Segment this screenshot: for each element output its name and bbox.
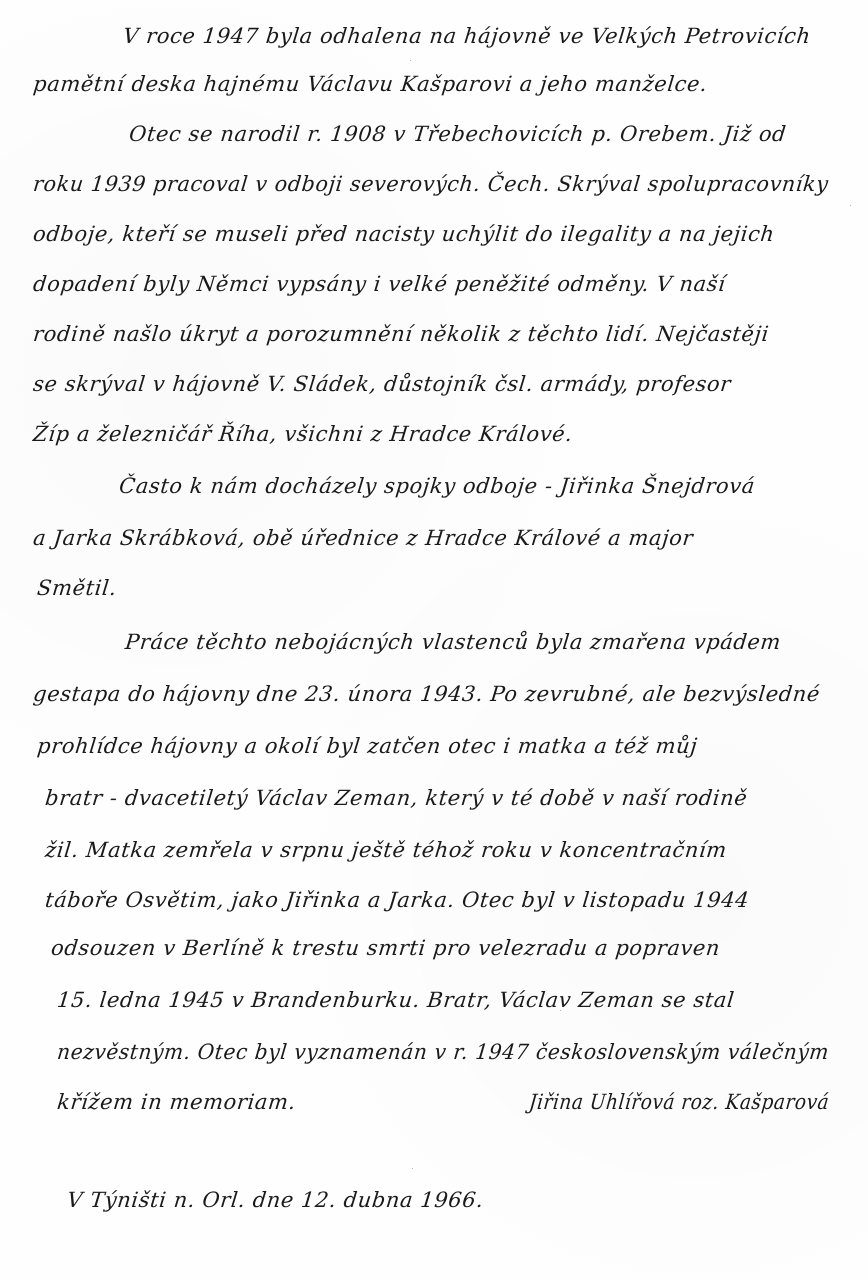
scan-speck bbox=[335, 650, 336, 651]
text-line: se skrýval v hájovně V. Sládek, důstojní… bbox=[32, 372, 732, 396]
text-line: pamětní deska hajnému Václavu Kašparovi … bbox=[32, 72, 675, 96]
scan-speck bbox=[412, 1168, 413, 1169]
text-line: prohlídce hájovny a okolí byl zatčen ote… bbox=[36, 734, 699, 758]
text-line: 15. ledna 1945 v Brandenburku. Bratr, Vá… bbox=[56, 988, 736, 1012]
text-line: odsouzen v Berlíně k trestu smrti pro ve… bbox=[50, 936, 721, 960]
text-line: bratr - dvacetiletý Václav Zeman, který … bbox=[44, 786, 749, 810]
text-line: Často k nám docházely spojky odboje - Ji… bbox=[118, 474, 756, 498]
text-line: odboje, kteří se museli před nacisty uch… bbox=[32, 222, 776, 246]
text-line: roku 1939 pracoval v odboji severových. … bbox=[32, 172, 830, 196]
text-line: Žíp a železničář Říha, všichni z Hradce … bbox=[32, 422, 574, 446]
text-line: gestapa do hájovny dne 23. února 1943. P… bbox=[32, 682, 821, 706]
text-line: žil. Matka zemřela v srpnu ještě téhož r… bbox=[44, 838, 728, 862]
text-line: rodině našlo úkryt a porozumnění několik… bbox=[32, 322, 770, 346]
place-date: V Týništi n. Orl. dne 12. dubna 1966. bbox=[66, 1188, 485, 1212]
text-line: a Jarka Skrábková, obě úřednice z Hradce… bbox=[32, 526, 694, 550]
scanned-letter-page: V roce 1947 byla odhalena na hájovně ve … bbox=[0, 0, 868, 1280]
text-line: táboře Osvětim, jako Jiřinka a Jarka. Ot… bbox=[44, 888, 750, 912]
scan-speck bbox=[560, 1010, 561, 1011]
text-line: Smětil. bbox=[36, 576, 118, 600]
text-line: nezvěstným. Otec byl vyznamenán v r. 194… bbox=[56, 1040, 830, 1064]
scan-speck bbox=[850, 205, 851, 206]
text-line: křížem in memoriam. bbox=[56, 1090, 297, 1114]
signature: Jiřina Uhlířová roz. Kašparová bbox=[528, 1090, 831, 1114]
scan-speck bbox=[410, 60, 411, 61]
text-line: Práce těchto nebojácných vlastenců byla … bbox=[124, 630, 782, 654]
text-line: Otec se narodil r. 1908 v Třebechovicích… bbox=[128, 122, 788, 146]
text-line: dopadení byly Němci vypsány i velké peně… bbox=[32, 272, 727, 296]
text-line: V roce 1947 byla odhalena na hájovně ve … bbox=[122, 24, 775, 48]
